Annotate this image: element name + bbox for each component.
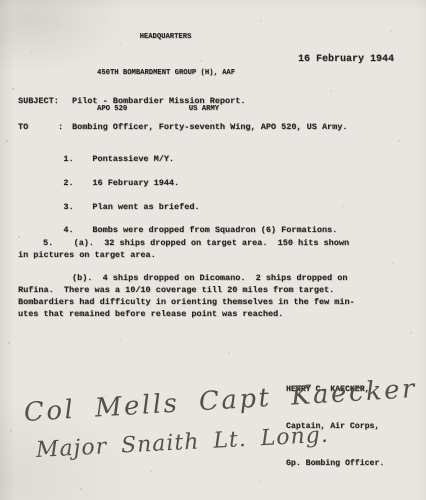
signature-title: Gp. Bombing Officer. [286,458,384,470]
document-page: HEADQUARTERS 450TH BOMBARDMENT GROUP (H)… [0,0,426,500]
subject-label: SUBJECT: [18,96,72,106]
para-5b-line-4: utes that remained before release point … [18,309,283,319]
to-colon: : [58,122,72,132]
item-4-text: Bombs were dropped from Squadron (6) For… [92,225,337,235]
subject-line: SUBJECT: Pilot - Bombardier Mission Repo… [18,96,245,106]
para-5a-line-2: in pictures on target area. [18,250,156,260]
item-1-text: Pontassieve M/Y. [92,154,174,164]
para-5b-line-3: Bombardiers had difficulty in orienting … [18,297,355,307]
item-3-number: 3. [63,202,92,212]
letterhead: HEADQUARTERS 450TH BOMBARDMENT GROUP (H)… [97,7,234,139]
item-3-text: Plan went as briefed. [92,202,199,212]
item-2-number: 2. [63,178,92,188]
item-2-text: 16 February 1944. [92,178,179,188]
para-5a-line-1: 5. (a). 32 ships dropped on target area.… [43,238,349,248]
letterhead-group: 450TH BOMBARDMENT GROUP (H), AAF [97,67,234,79]
subject-text: Pilot - Bombardier Mission Report. [72,96,245,106]
letterhead-headquarters: HEADQUARTERS [97,31,234,43]
to-label: TO [18,122,58,132]
item-4-number: 4. [63,225,92,235]
to-text: Bombing Officer, Forty-seventh Wing, APO… [72,122,347,132]
paper-speckles [0,0,2,2]
para-5b-line-1: (b). 4 ships dropped on Dicomano. 2 ship… [72,273,347,283]
item-1-number: 1. [63,154,92,164]
date-line: 16 February 1944 [298,55,394,65]
to-line: TO : Bombing Officer, Forty-seventh Wing… [18,122,347,132]
para-5b-line-2: Rufina. There was a 10/10 coverage till … [18,285,334,295]
